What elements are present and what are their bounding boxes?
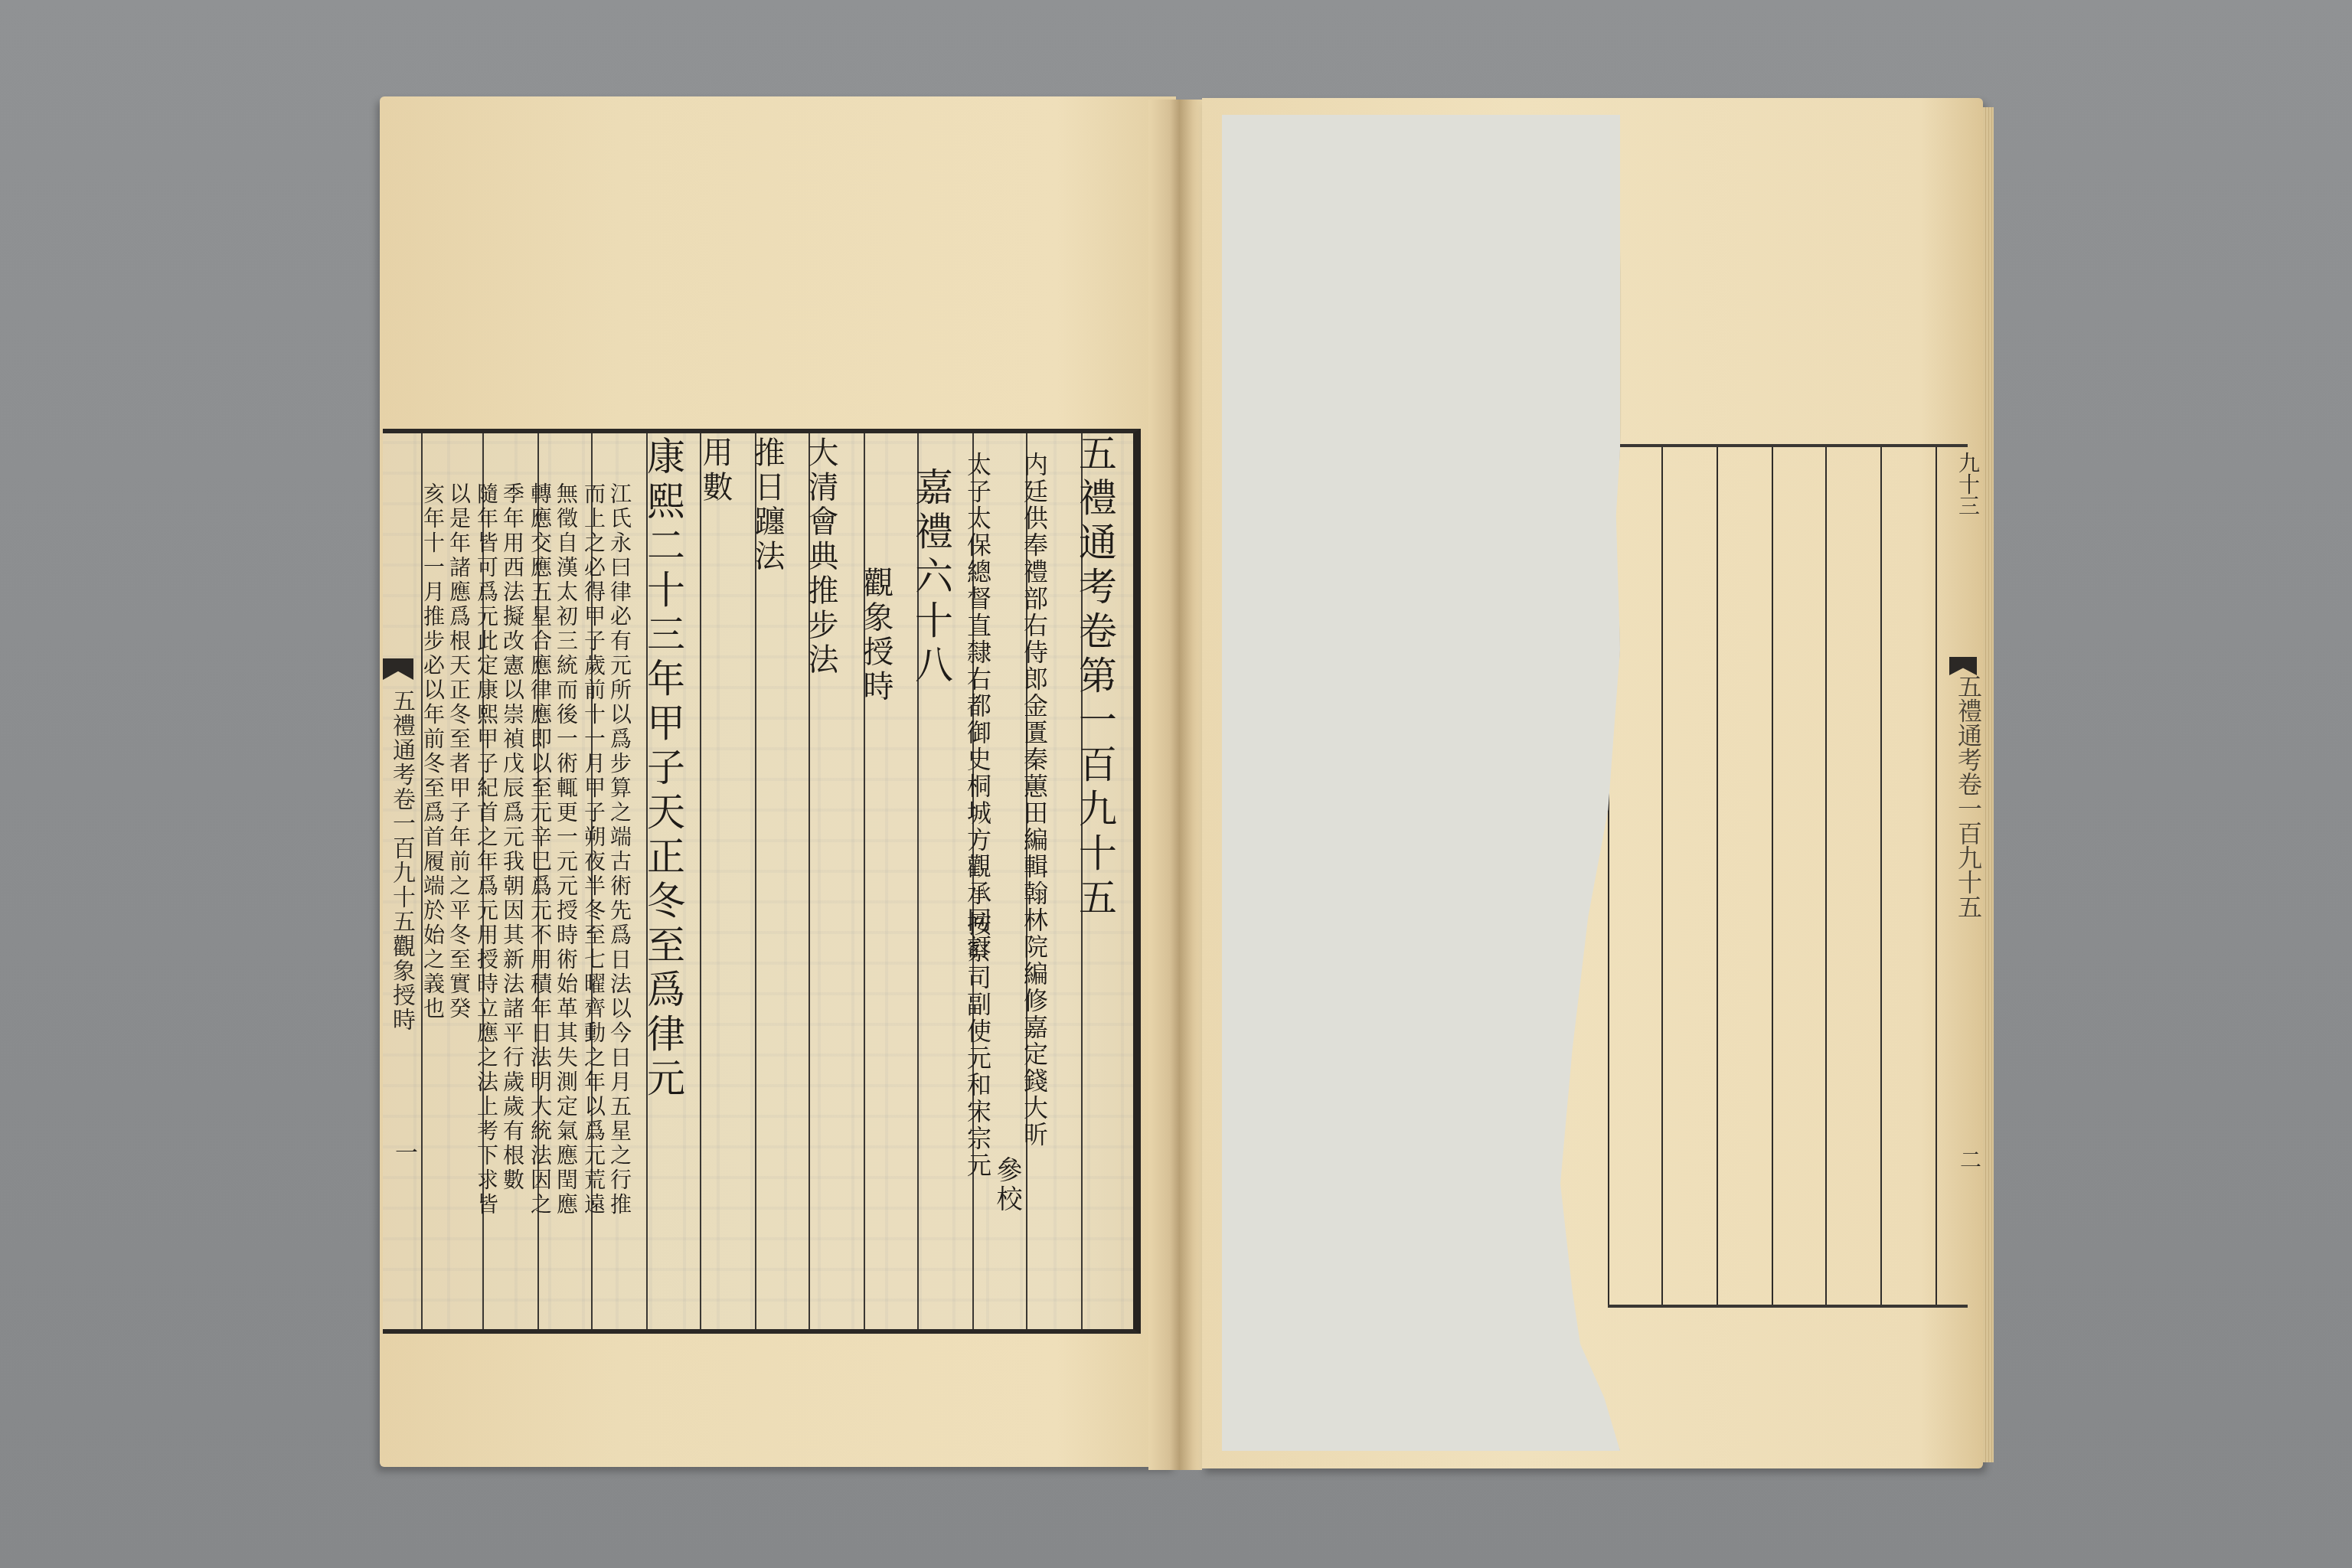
column-rule [1825,447,1827,1305]
commentary-line: 江氏永曰律必有元所以爲步算之端古術先爲日法以今日月五星之行推 [608,482,631,1217]
right-page-ruled-frame [1608,444,1968,1308]
column-rule [1717,447,1718,1305]
subsection-heading: 觀象授時 [857,567,894,704]
commentary-line: 以是年諸應爲根天正冬至者甲子年前之平冬至實癸 [447,482,470,1021]
commentary-line: 無徵自漢太初三統而後一術輒更一元元授時術始革其失測定氣應閏應 [554,482,577,1217]
torn-grey-insert-paper [1222,115,1620,1451]
column-rule [1772,447,1773,1305]
topic-heading-tuirichan: 推日躔法 [749,436,786,574]
column-rule [1935,447,1937,1305]
topic-heading-yongshu: 用數 [697,436,733,505]
reviser-line: 太子太保總督直隸右都御史桐城方觀承同訂 [966,452,989,961]
editor-line: 翰林院編修嘉定錢大昕 [1023,880,1046,1148]
editor-role: 參校 [995,1156,1018,1214]
gutter-left [1148,100,1179,1470]
fold-margin-title: 五禮通考卷一百九十五觀象授時 [384,689,418,1032]
volume-title: 五禮通考卷第一百九十五 [1072,433,1118,922]
gutter-right [1179,100,1202,1470]
source-heading: 大清會典推步法 [802,436,839,678]
commentary-line: 季年用西法擬改憲以崇禎戊辰爲元我朝因其新法諸平行歲歲有根數 [501,482,524,1193]
column-rule [700,433,701,1329]
main-entry: 康熙二十三年甲子天正冬至爲律元 [640,436,686,1102]
commentary-line: 轉應交應五星合應律應即以至元辛巳爲元不用積年日法明大統法因之 [528,482,551,1217]
fold-leaf-number: 一 [387,1141,420,1164]
column-rule [1880,447,1882,1305]
section-heading: 嘉禮六十八 [908,467,954,689]
reviser-line-b: 按察司副使元和宋宗元 [966,911,989,1179]
commentary-line: 而上之必得甲子歲前十一月甲子朔夜半冬至七曜齊動之年以爲元荒遠 [582,482,605,1217]
column-rule [1661,447,1663,1305]
commentary-line: 隨年皆可爲元此定康熙甲子紀首之年爲元用授時立應之法上考下求皆 [475,482,498,1217]
right-fold-top-number: 九十三 [1952,452,1983,516]
commentary-line: 亥年十一月推步必以年前冬至爲首履端於始之義也 [421,482,444,1021]
right-fold-margin-title: 五禮通考卷一百九十五 [1951,674,1986,919]
right-fold-leaf-number: 二 [1954,1148,1984,1170]
compiler-line: 内廷供奉禮部右侍郎金匱秦蕙田編輯 [1023,452,1046,880]
